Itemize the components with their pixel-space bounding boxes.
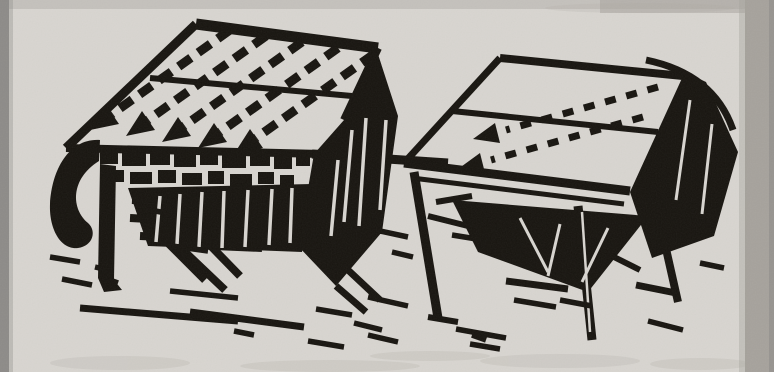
film-grain-overlay xyxy=(0,0,774,372)
scanned-illustration xyxy=(0,0,774,372)
two-tables-drawing xyxy=(0,0,774,372)
